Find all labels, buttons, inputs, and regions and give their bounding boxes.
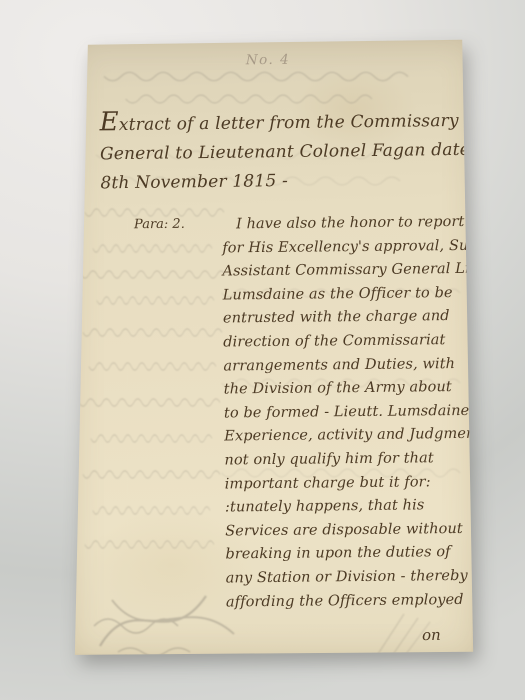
body-line: Assistant Commissary General Lieutt [222,258,499,284]
letter-heading: Extract of a letter from the Commissary … [99,104,481,199]
body-line: for His Excellency's approval, Sub [222,234,499,260]
bleed-through-text [84,538,214,551]
paragraph-label: Para: 2. [134,217,185,232]
body-line: I have also the honor to report [222,211,499,237]
body-line: :tunately happens, that his [225,494,502,520]
bleed-through-text [102,69,408,84]
body-line: any Station or Division - thereby [226,564,503,590]
paper-sheet: No. 4 Extract of a letter from the Commi… [70,36,476,658]
page-number: No. 4 [70,50,466,69]
body-line: affording the Officers employed [226,588,503,614]
body-line: important charge but it for: [225,470,502,496]
bleed-through-text [80,268,225,281]
bleed-through-text [92,242,212,255]
heading-line: 8th November 1815 - [100,165,481,199]
bleed-through-text [124,92,372,106]
body-line: Services are disposable without [225,517,502,543]
bleed-through-text [96,294,214,307]
letter-body: I have also the honor to report for His … [222,211,503,615]
body-line: entrusted with the charge and [223,305,500,331]
bleed-through-text [90,432,212,445]
body-line: to be formed - Lieutt. Lumsdaine's [224,399,501,425]
body-line: not only qualify him for that [224,446,501,472]
photo-background: No. 4 Extract of a letter from the Commi… [0,0,525,700]
body-line: Lumsdaine as the Officer to be [223,281,500,307]
heading-line: Extract of a letter from the Commissary [99,104,480,141]
bleed-through-text [88,360,216,373]
body-line: arrangements and Duties, with [223,352,500,378]
body-line: direction of the Commissariat [223,329,500,355]
body-line: the Division of the Army about [224,376,501,402]
body-line: Experience, activity and Judgment [224,423,501,449]
bleed-through-text [92,504,210,517]
bleed-through-text [78,396,220,409]
bleed-through-text [82,468,220,481]
bleed-through-text [82,326,222,339]
body-line: breaking in upon the duties of [225,541,502,567]
manuscript-page: No. 4 Extract of a letter from the Commi… [70,36,476,658]
heading-line: General to Lieutenant Colonel Fagan date… [100,136,481,170]
catchword: on [422,626,441,644]
